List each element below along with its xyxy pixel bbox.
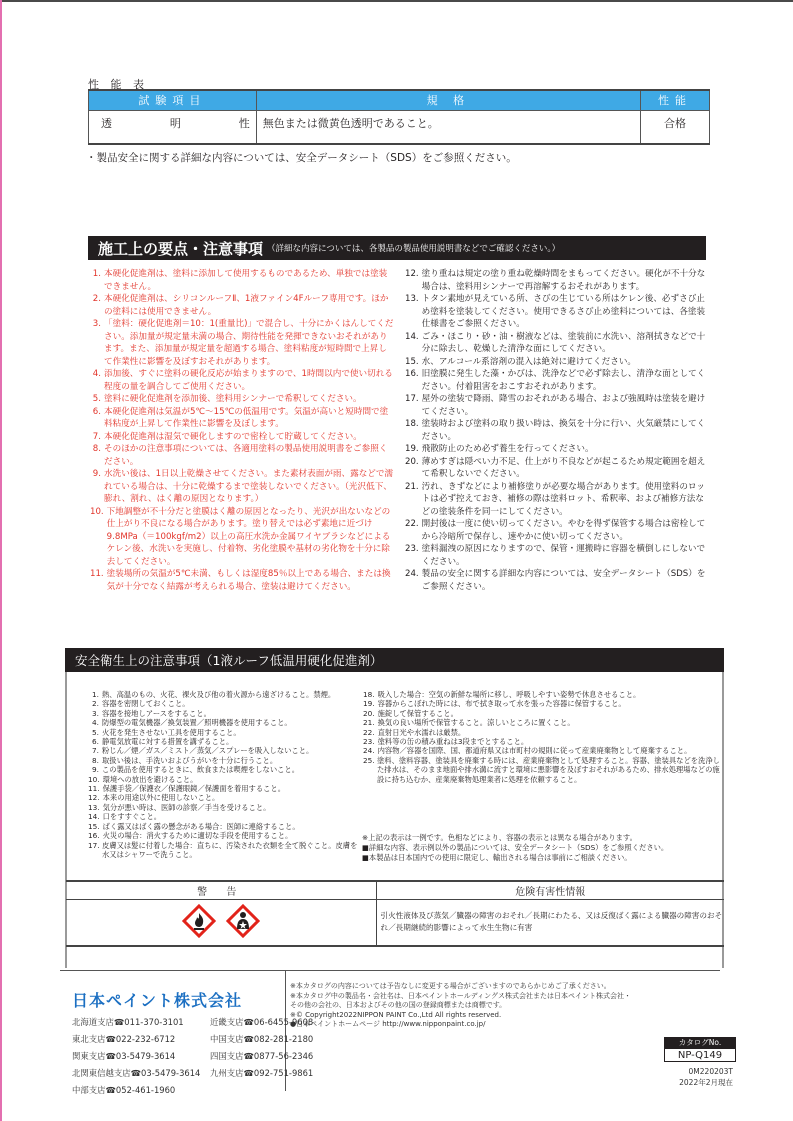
hazard-table: 警 告 危険有害性情報 (66, 880, 724, 947)
construction-note: 20.薄めすぎは隠ぺい力不足、仕上がり不良などが起こるため規定範囲を超えて希釈し… (405, 456, 710, 481)
safety-header: 安全衛生上の注意事項（1液ルーフ低温用硬化促進剤） (65, 648, 724, 672)
safety-note: 6.静電気放電に対する措置を講ずること。 (88, 737, 363, 746)
branch-contact: 北関東信越支店☎03-5479-3614 (72, 1065, 210, 1082)
col-test-item: 試験項目 (89, 90, 257, 110)
item-text: 粉じん／煙／ガス／ミスト／蒸気／スプレーを吸入しないこと。 (102, 746, 313, 755)
item-text: 水、アルコール系溶剤の混入は絶対に避けてください。 (422, 356, 710, 369)
safety-note: 15.ばく露又はばく露の懸念がある場合：医師に連絡すること。 (88, 822, 363, 831)
branch-row: 北海道支店☎011-370-3101近畿支店☎06-6455-9608 (72, 1014, 310, 1031)
item-text: ばく露又はばく露の懸念がある場合：医師に連絡すること。 (103, 822, 300, 831)
item-text: 塗り重ねは規定の塗り重ね乾燥時間をまもってください。硬化が不十分な場合は、塗料用… (422, 268, 710, 293)
construction-note: 22.開封後は一度に使い切ってください。やむを得ず保管する場合は密栓してから冷暗… (405, 518, 710, 543)
company-logo: 日本ペイント株式会社 (72, 988, 242, 1011)
item-text: 塗料等の缶の積み重ねは3段までとすること。 (378, 737, 529, 746)
safety-note: 9.この製品を使用するときに、飲食または喫煙をしないこと。 (88, 765, 363, 774)
item-number: 14. (405, 331, 422, 356)
item-text: 旧塗膜に発生した藻・かびは、洗浄などで必ず除去し、清浄な面としてください。付着阻… (422, 368, 710, 393)
item-text: 容器を密閉しておくこと。 (102, 699, 190, 708)
item-number: 2. (90, 293, 104, 318)
item-number: 13. (405, 293, 422, 331)
item-text: この製品を使用するときに、飲食または喫煙をしないこと。 (102, 765, 299, 774)
item-number: 5. (88, 728, 102, 737)
item-text: 火花を発生させない工具を使用すること。 (102, 728, 241, 737)
construction-note: 16.旧塗膜に発生した藻・かびは、洗浄などで必ず除去し、清浄な面としてください。… (405, 368, 710, 393)
item-number: 16. (88, 831, 103, 840)
construction-note: 3.「塗料：硬化促進剤＝10：1(重量比)」で混合し、十分にかくはんしてください… (90, 318, 395, 368)
item-text: 容器を接地しアースをすること。 (102, 709, 211, 718)
branch-row: 関東支店☎03-5479-3614四国支店☎0877-56-2346 (72, 1048, 310, 1065)
construction-note: 23.塗料漏洩の原因になりますので、保管・運搬時に容器を横倒しにしないでください… (405, 543, 710, 568)
item-number: 4. (90, 368, 104, 393)
catalog-codes: 0M220203T 2022年2月現在 (640, 1066, 733, 1088)
item-text: 施錠して保管すること。 (378, 709, 458, 718)
safety-note: 5.火花を発生させない工具を使用すること。 (88, 728, 363, 737)
issue-date: 2022年2月現在 (640, 1077, 733, 1088)
branch-row: 中部支店☎052-461-1960 (72, 1082, 310, 1099)
performance-table: 試験項目 規 格 性能 透 明 性 無色または微黄色透明であること。 合格 (88, 89, 710, 145)
safety-remarks: ※上記の表示は一例です。色相などにより、容器の表示とは異なる場合があります。 ■… (362, 833, 668, 863)
safety-note: 4.防爆型の電気機器／換気装置／照明機器を使用すること。 (88, 718, 363, 727)
item-text: 飛散防止のため必ず養生を行ってください。 (422, 443, 710, 456)
item-text: 水洗い後は、1日以上乾燥させてください。また素材表面が雨、露などで濡れている場合… (104, 468, 395, 506)
item-text: 塗装場所の気温が5℃未満、もしくは湿度85％以上である場合、または換気が十分でな… (107, 568, 395, 593)
item-number: 25. (363, 756, 377, 784)
homepage-link[interactable]: ●日本ペイントホームページ http://www.nipponpaint.co.… (290, 1020, 631, 1030)
item-text: 換気の良い場所で保管すること。涼しいところに置くこと。 (378, 718, 575, 727)
item-text: 本硬化促進剤は湿気で硬化しますので密栓して貯蔵してください。 (104, 431, 395, 444)
item-text: 薄めすぎは隠ぺい力不足、仕上がり不良などが起こるため規定範囲を超えて希釈しないで… (422, 456, 710, 481)
disclaimers: ※本カタログの内容については予告なしに変更する場合がございますのであらかじめご了… (290, 982, 631, 1030)
item-number: 21. (405, 481, 422, 519)
item-number: 15. (88, 822, 103, 831)
construction-notes: 1.本硬化促進剤は、塗料に添加して使用するものであるため、単独では塗装できません… (90, 268, 710, 593)
safety-note: 11.保護手袋／保護衣／保護眼鏡／保護面を着用すること。 (88, 784, 363, 793)
table-row: 透 明 性 無色または微黄色透明であること。 合格 (89, 110, 710, 144)
construction-notes-left: 1.本硬化促進剤は、塗料に添加して使用するものであるため、単独では塗装できません… (90, 268, 395, 593)
item-number: 18. (363, 690, 378, 699)
item-text: 口をすすぐこと。 (103, 812, 161, 821)
catalog-number-box: カタログNo. NP-Q149 (664, 1037, 736, 1062)
pictogram-cell (66, 899, 376, 946)
item-text: 静電気放電に対する措置を講ずること。 (102, 737, 233, 746)
spec-cell: 無色または微黄色透明であること。 (256, 110, 640, 144)
item-number: 16. (405, 368, 422, 393)
item-text: 取扱い後は、手洗いおよびうがいを十分に行うこと。 (102, 756, 277, 765)
item-text: 「塗料：硬化促進剤＝10：1(重量比)」で混合し、十分にかくはんしてください。添… (104, 318, 395, 368)
item-text: トタン素地が見えている所、さびの生じている所はケレン後、必ずさび止め塗料を塗装し… (422, 293, 710, 331)
safety-note: 7.粉じん／煙／ガス／ミスト／蒸気／スプレーを吸入しないこと。 (88, 746, 363, 755)
item-text: 吸入した場合：空気の新鮮な場所に移し、呼吸しやすい姿勢で休息させること。 (378, 690, 641, 699)
item-number: 21. (363, 718, 378, 727)
item-number: 12. (405, 268, 422, 293)
item-text: 汚れ、きずなどにより補修塗りが必要な場合があります。使用塗料のロットは必ず控えて… (422, 481, 710, 519)
item-text: 火災の場合：消火するために適切な手段を使用すること。 (103, 831, 293, 840)
construction-notes-title: 施工上の要点・注意事項 (98, 238, 263, 259)
item-text: 塗料漏洩の原因になりますので、保管・運搬時に容器を横倒しにしないでください。 (422, 543, 710, 568)
item-text: 皮膚又は髪に付着した場合：直ちに、汚染された衣類を全て脱ぐこと。皮膚を水又はシャ… (102, 841, 363, 860)
construction-note: 19.飛散防止のため必ず養生を行ってください。 (405, 443, 710, 456)
footer-divider-line (60, 970, 720, 971)
construction-note: 12.塗り重ねは規定の塗り重ね乾燥時間をまもってください。硬化が不十分な場合は、… (405, 268, 710, 293)
item-text: 塗装時および塗料の取り扱い時は、換気を十分に行い、火気厳禁にしてください。 (422, 418, 710, 443)
item-number: 9. (88, 765, 102, 774)
safety-notes-left: 1.熱、高温のもの、火花、裸火及び他の着火源から遠ざけること。禁煙。2.容器を密… (88, 690, 363, 859)
item-text: 本来の用途以外に使用しないこと。 (103, 793, 220, 802)
item-text: 開封後は一度に使い切ってください。やむを得ず保管する場合は密栓してから冷暗所で保… (422, 518, 710, 543)
construction-note: 1.本硬化促進剤は、塗料に添加して使用するものであるため、単独では塗装できません… (90, 268, 395, 293)
result-cell: 合格 (641, 110, 710, 144)
item-text: 屋外の塗装で降雨、降雪のおそれがある場合、および強風時は塗装を避けてください。 (422, 393, 710, 418)
construction-notes-header: 施工上の要点・注意事項 （詳細な内容については、各製品の製品使用説明書などでご確… (88, 236, 706, 260)
item-number: 2. (88, 699, 102, 708)
item-text: 塗料、塗料容器、塗装具を廃棄する時には、産業廃棄物として処理すること。容器、塗装… (377, 756, 723, 784)
item-number: 24. (405, 568, 422, 593)
item-number: 8. (90, 443, 104, 468)
construction-note: 17.屋外の塗装で降雨、降雪のおそれがある場合、および強風時は塗装を避けてくださ… (405, 393, 710, 418)
hazard-info-text: 引火性液体及び蒸気／臓器の障害のおそれ／長期にわたる、又は反復ばく露による臓器の… (377, 910, 725, 934)
construction-note: 8.そのほかの注意事項については、各適用塗料の製品使用説明書をご参照ください。 (90, 443, 395, 468)
item-number: 3. (88, 709, 102, 718)
safety-note: 22.直射日光や水濡れは厳禁。 (363, 728, 723, 737)
item-number: 24. (363, 746, 378, 755)
item-number: 9. (90, 468, 104, 506)
safety-note: 20.施錠して保管すること。 (363, 709, 723, 718)
item-text: 気分が悪い時は、医師の診察／手当を受けること。 (103, 803, 271, 812)
item-number: 4. (88, 718, 102, 727)
item-text: 添加後、すぐに塗料の硬化反応が始まりますので、1時間以内で使い切れる程度の量を調… (104, 368, 395, 393)
item-number: 20. (405, 456, 422, 481)
item-text: 下地調整が不十分だと塗膜はく離の原因となったり、光沢が出ないなどの仕上がり不良に… (107, 506, 395, 569)
item-number: 22. (363, 728, 378, 737)
item-text: 防爆型の電気機器／換気装置／照明機器を使用すること。 (102, 718, 292, 727)
construction-note: 15.水、アルコール系溶剤の混入は絶対に避けてください。 (405, 356, 710, 369)
construction-note: 2.本硬化促進剤は、シリコンルーフⅡ、1液ファイン4Fルーフ専用です。ほかの塗料… (90, 293, 395, 318)
col-result: 性能 (641, 90, 710, 110)
item-text: 製品の安全に関する詳細な内容については、安全データシート（SDS）をご参照くださ… (422, 568, 710, 593)
branch-list: 北海道支店☎011-370-3101近畿支店☎06-6455-9608東北支店☎… (72, 1014, 310, 1099)
item-text: 環境への放出を避けること。 (103, 775, 198, 784)
item-text: 塗料に硬化促進剤を添加後、塗料用シンナーで希釈してください。 (104, 393, 395, 406)
safety-note: 10.環境への放出を避けること。 (88, 775, 363, 784)
construction-note: 21.汚れ、きずなどにより補修塗りが必要な場合があります。使用塗料のロットは必ず… (405, 481, 710, 519)
safety-note: 19.容器からこぼれた時には、布で拭き取って水を張った容器に保管すること。 (363, 699, 723, 708)
item-number: 5. (90, 393, 104, 406)
safety-note: 2.容器を密閉しておくこと。 (88, 699, 363, 708)
item-text: 容器からこぼれた時には、布で拭き取って水を張った容器に保管すること。 (378, 699, 626, 708)
construction-note: 14.ごみ・ほこり・砂・油・樹液などは、塗装前に水洗い、溶剤拭きなどで十分に除去… (405, 331, 710, 356)
item-text: 内容物／容器を国際、国、都道府県又は市町村の規則に従って産業廃棄物として廃棄する… (378, 746, 692, 755)
item-number: 11. (88, 784, 103, 793)
print-code: 0M220203T (640, 1066, 733, 1077)
safety-note: 23.塗料等の缶の積み重ねは3段までとすること。 (363, 737, 723, 746)
item-number: 7. (90, 431, 104, 444)
catalog-label: カタログNo. (664, 1037, 736, 1048)
safety-note: 16.火災の場合：消火するために適切な手段を使用すること。 (88, 831, 363, 840)
col-spec: 規 格 (256, 90, 640, 110)
safety-note: 21.換気の良い場所で保管すること。涼しいところに置くこと。 (363, 718, 723, 727)
sds-note: ・製品安全に関する詳細な内容については、安全データシート（SDS）をご参照くださ… (86, 150, 517, 165)
item-number: 17. (405, 393, 422, 418)
item-number: 1. (88, 690, 102, 699)
safety-note: 8.取扱い後は、手洗いおよびうがいを十分に行うこと。 (88, 756, 363, 765)
item-text: 本硬化促進剤は、シリコンルーフⅡ、1液ファイン4Fルーフ専用です。ほかの塗料には… (104, 293, 395, 318)
page-frame-left (0, 0, 2, 1121)
construction-note: 18.塗装時および塗料の取り扱い時は、換気を十分に行い、火気厳禁にしてください。 (405, 418, 710, 443)
item-number: 15. (405, 356, 422, 369)
branch-contact: 九州支店☎092-751-9861 (210, 1065, 310, 1082)
page-frame-top (0, 0, 793, 2)
item-number: 13. (88, 803, 103, 812)
item-text: 熱、高温のもの、火花、裸火及び他の着火源から遠ざけること。禁煙。 (102, 690, 335, 699)
item-number: 7. (88, 746, 102, 755)
test-item-cell: 透 明 性 (89, 110, 257, 144)
item-text: ごみ・ほこり・砂・油・樹液などは、塗装前に水洗い、溶剤拭きなどで十分に除去し、乾… (422, 331, 710, 356)
construction-note: 6.本硬化促進剤は気温が5℃～15℃の低温用です。気温が高いと短時間で塗料粘度が… (90, 406, 395, 431)
construction-note: 4.添加後、すぐに塗料の硬化反応が始まりますので、1時間以内で使い切れる程度の量… (90, 368, 395, 393)
item-number: 1. (90, 268, 104, 293)
branch-contact: 関東支店☎03-5479-3614 (72, 1048, 210, 1065)
hazard-info-header: 危険有害性情報 (376, 881, 724, 899)
catalog-number: NP-Q149 (664, 1048, 736, 1062)
item-number: 19. (363, 699, 378, 708)
item-number: 14. (88, 812, 103, 821)
safety-note: 25.塗料、塗料容器、塗装具を廃棄する時には、産業廃棄物として処理すること。容器… (363, 756, 723, 784)
item-number: 23. (363, 737, 378, 746)
construction-notes-subtitle: （詳細な内容については、各製品の製品使用説明書などでご確認ください。） (267, 242, 560, 254)
safety-note: 3.容器を接地しアースをすること。 (88, 709, 363, 718)
item-number: 11. (90, 568, 107, 593)
item-text: 本硬化促進剤は、塗料に添加して使用するものであるため、単独では塗装できません。 (104, 268, 395, 293)
construction-note: 24.製品の安全に関する詳細な内容については、安全データシート（SDS）をご参照… (405, 568, 710, 593)
safety-note: 14.口をすすぐこと。 (88, 812, 363, 821)
item-number: 17. (88, 841, 102, 860)
item-number: 8. (88, 756, 102, 765)
hazard-info-cell: 引火性液体及び蒸気／臓器の障害のおそれ／長期にわたる、又は反復ばく露による臓器の… (376, 899, 724, 946)
construction-note: 13.トタン素地が見えている所、さびの生じている所はケレン後、必ずさび止め塗料を… (405, 293, 710, 331)
item-text: 本硬化促進剤は気温が5℃～15℃の低温用です。気温が高いと短時間で塗料粘度が上昇… (104, 406, 395, 431)
item-number: 19. (405, 443, 422, 456)
item-number: 10. (90, 506, 107, 569)
branch-row: 東北支店☎022-232-6712中国支店☎082-281-2180 (72, 1031, 310, 1048)
item-number: 20. (363, 709, 378, 718)
item-number: 23. (405, 543, 422, 568)
construction-note: 11.塗装場所の気温が5℃未満、もしくは湿度85％以上である場合、または換気が十… (90, 568, 395, 593)
branch-contact: 四国支店☎0877-56-2346 (210, 1048, 310, 1065)
safety-note: 18.吸入した場合：空気の新鮮な場所に移し、呼吸しやすい姿勢で休息させること。 (363, 690, 723, 699)
construction-note: 7.本硬化促進剤は湿気で硬化しますので密栓して貯蔵してください。 (90, 431, 395, 444)
item-number: 12. (88, 793, 103, 802)
flame-pictogram-icon (182, 904, 216, 941)
construction-note: 9.水洗い後は、1日以上乾燥させてください。また素材表面が雨、露などで濡れている… (90, 468, 395, 506)
branch-contact: 中部支店☎052-461-1960 (72, 1082, 210, 1099)
construction-note: 10.下地調整が不十分だと塗膜はく離の原因となったり、光沢が出ないなどの仕上がり… (90, 506, 395, 569)
item-number: 3. (90, 318, 104, 368)
warning-header: 警 告 (66, 881, 376, 899)
branch-row: 北関東信越支店☎03-5479-3614九州支店☎092-751-9861 (72, 1065, 310, 1082)
item-number: 10. (88, 775, 103, 784)
health-hazard-pictogram-icon (226, 904, 260, 941)
item-text: 直射日光や水濡れは厳禁。 (378, 728, 466, 737)
branch-contact: 北海道支店☎011-370-3101 (72, 1014, 210, 1031)
item-number: 22. (405, 518, 422, 543)
item-number: 18. (405, 418, 422, 443)
item-text: そのほかの注意事項については、各適用塗料の製品使用説明書をご参照ください。 (104, 443, 395, 468)
construction-notes-right: 12.塗り重ねは規定の塗り重ね乾燥時間をまもってください。硬化が不十分な場合は、… (405, 268, 710, 593)
safety-note: 17.皮膚又は髪に付着した場合：直ちに、汚染された衣類を全て脱ぐこと。皮膚を水又… (88, 841, 363, 860)
item-number: 6. (88, 737, 102, 746)
item-number: 6. (90, 406, 104, 431)
safety-note: 1.熱、高温のもの、火花、裸火及び他の着火源から遠ざけること。禁煙。 (88, 690, 363, 699)
construction-note: 5.塗料に硬化促進剤を添加後、塗料用シンナーで希釈してください。 (90, 393, 395, 406)
safety-note: 13.気分が悪い時は、医師の診察／手当を受けること。 (88, 803, 363, 812)
branch-contact: 中国支店☎082-281-2180 (210, 1031, 310, 1048)
item-text: 保護手袋／保護衣／保護眼鏡／保護面を着用すること。 (103, 784, 285, 793)
branch-contact: 東北支店☎022-232-6712 (72, 1031, 210, 1048)
safety-note: 12.本来の用途以外に使用しないこと。 (88, 793, 363, 802)
safety-note: 24.内容物／容器を国際、国、都道府県又は市町村の規則に従って産業廃棄物として廃… (363, 746, 723, 755)
